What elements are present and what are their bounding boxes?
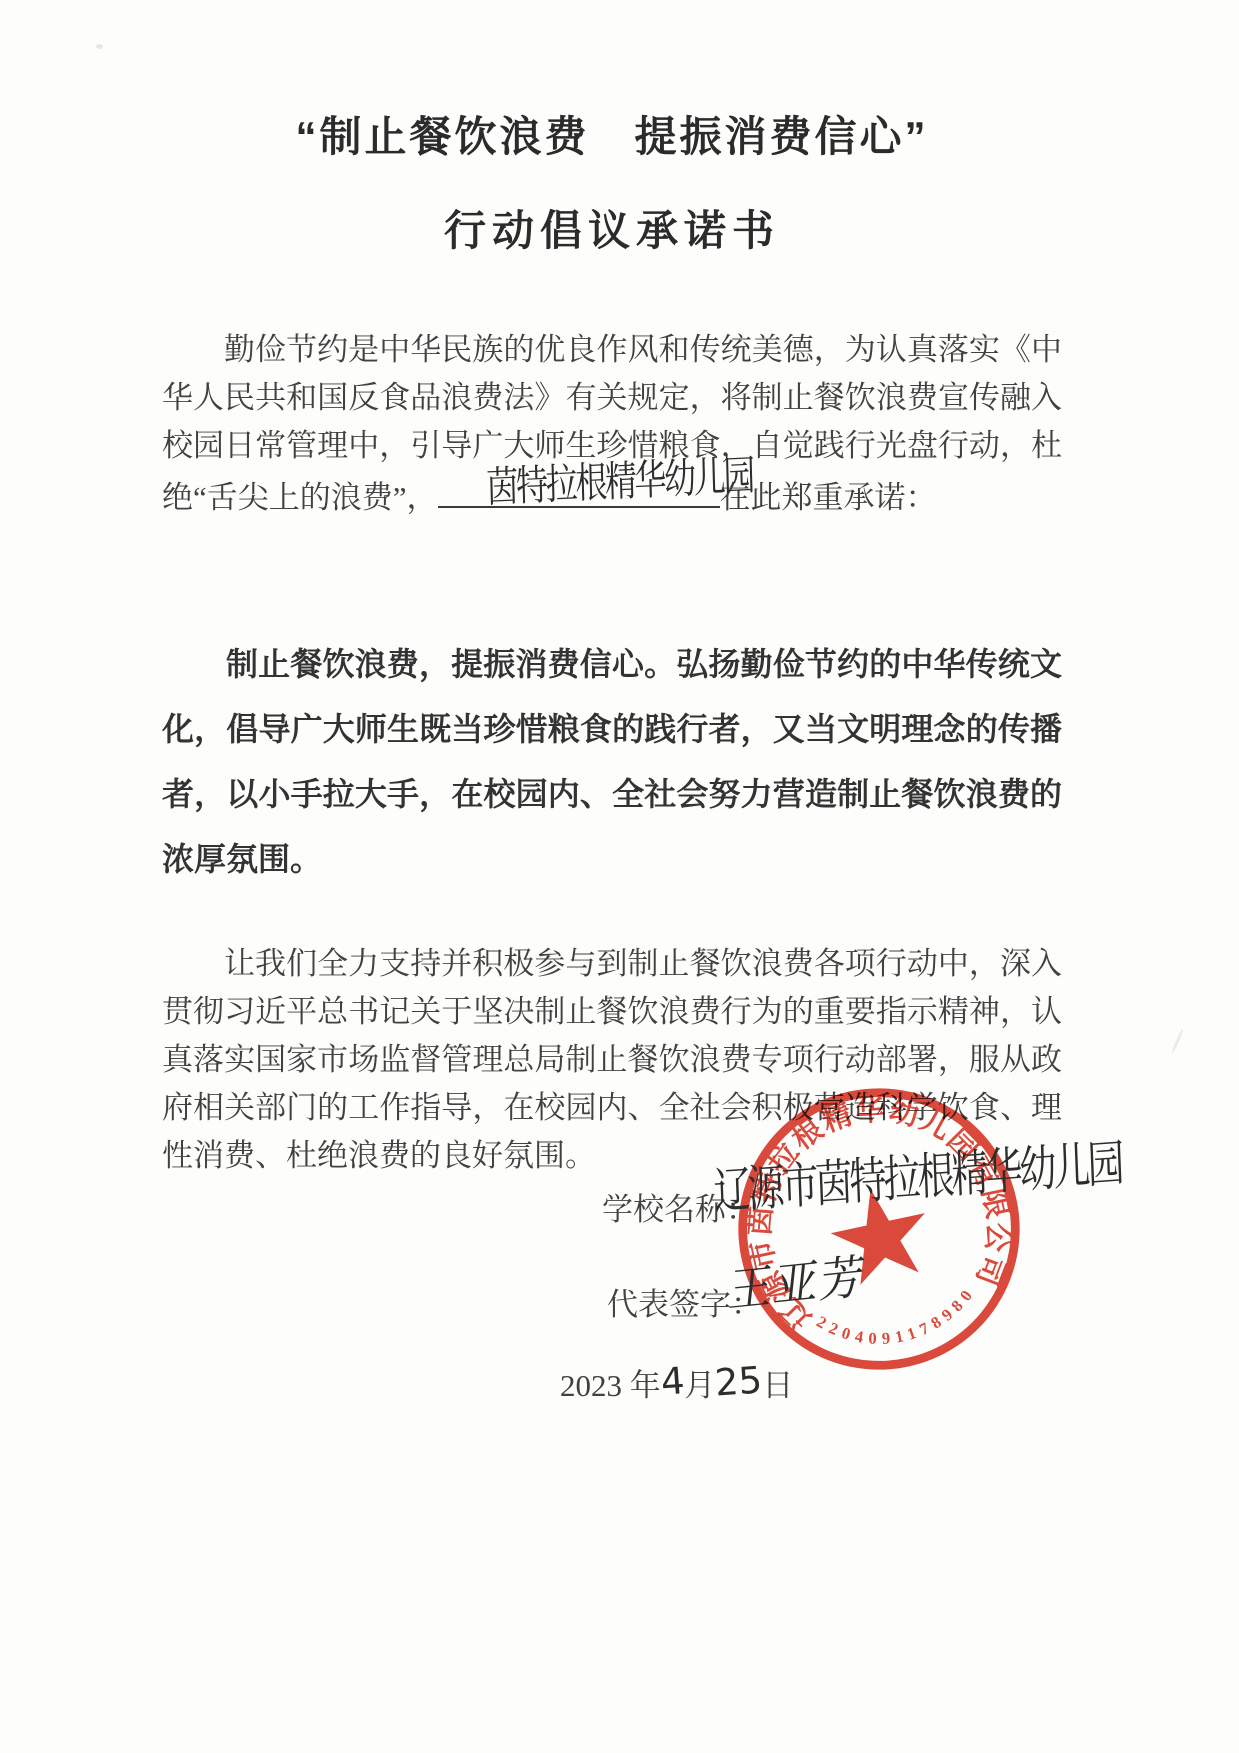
- scanned-document-page: “制止餐饮浪费 提振消费信心” 行动倡议承诺书 勤俭节约是中华民族的优良作风和传…: [0, 0, 1239, 1753]
- document-title-line2: 行动倡议承诺书: [162, 206, 1062, 256]
- scan-artifact: [96, 44, 103, 49]
- date-year-printed: 2023 年: [560, 1368, 661, 1403]
- paragraph-intro: 勤俭节约是中华民族的优良作风和传统美德，为认真落实《中华人民共和国反食品浪费法》…: [162, 326, 1062, 522]
- date-line: 2023 年4月25日: [560, 1360, 793, 1405]
- official-seal: 辽源市茵特拉根精华幼儿园有限公司 2204091178980: [706, 1056, 1052, 1402]
- paragraph-pledge: 制止餐饮浪费，提振消费信心。弘扬勤俭节约的中华传统文化，倡导广大师生既当珍惜粮食…: [162, 632, 1062, 892]
- date-month-unit: 月: [684, 1368, 715, 1403]
- date-month-handwritten: 4: [659, 1359, 685, 1404]
- fill-in-blank-underline: 茵特拉根精华幼儿园: [438, 470, 720, 508]
- document-title-line1: “制止餐饮浪费 提振消费信心”: [162, 112, 1062, 162]
- scan-artifact: [1171, 1029, 1184, 1054]
- date-day-unit: 日: [762, 1368, 793, 1403]
- document-body: “制止餐饮浪费 提振消费信心” 行动倡议承诺书 勤俭节约是中华民族的优良作风和传…: [162, 0, 1062, 1180]
- date-day-handwritten: 25: [714, 1358, 764, 1404]
